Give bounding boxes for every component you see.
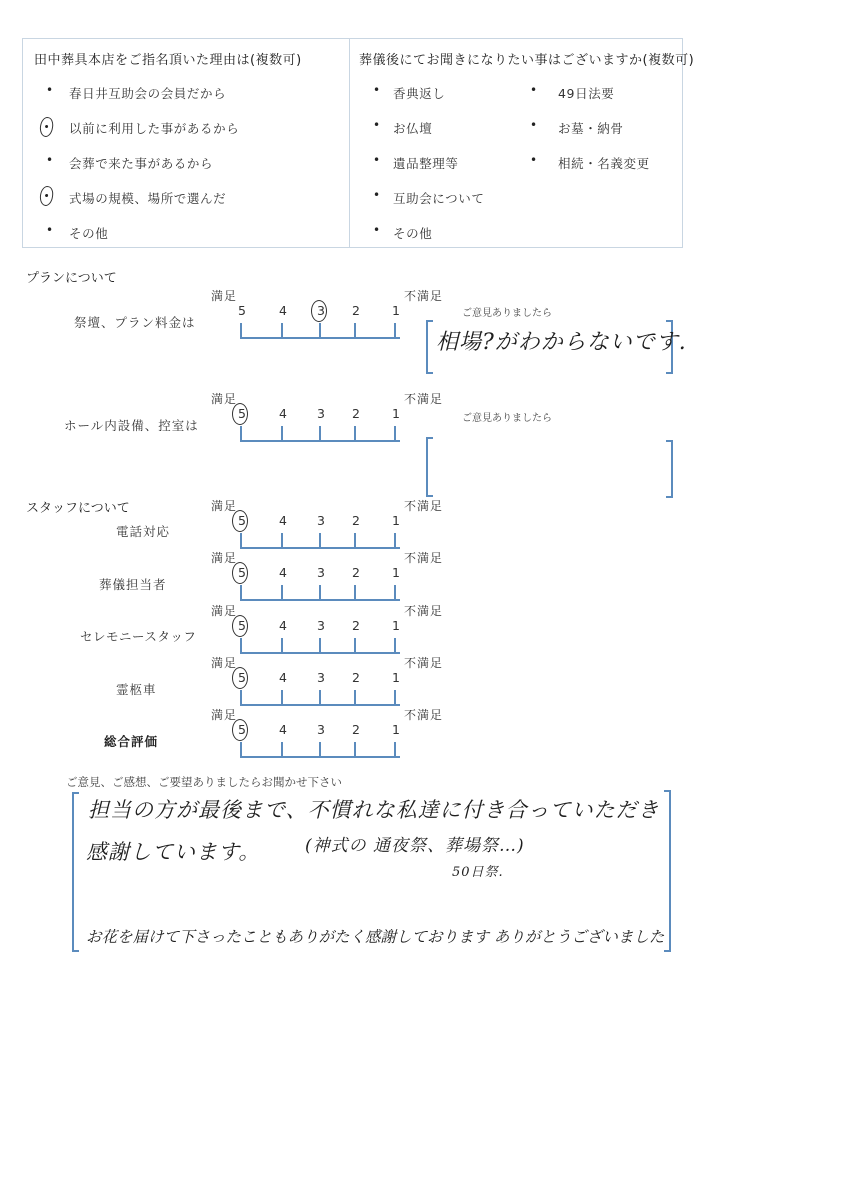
topic-option-49days[interactable]: 49日法要 xyxy=(558,84,614,102)
question-hall-facilities: ホール内設備、控室は xyxy=(64,416,199,434)
reasons-title: 田中葬具本店をご指名頂いた理由は(複数可) xyxy=(34,49,302,68)
comment-bracket-right xyxy=(666,440,673,498)
scale-number-3[interactable]: 3 xyxy=(314,618,328,633)
unsatisfied-label: 不満足 xyxy=(404,654,443,671)
selected-rating-circle xyxy=(232,615,248,637)
scale-number-1[interactable]: 1 xyxy=(389,406,403,421)
comment-hall-facilities[interactable] xyxy=(436,447,661,483)
scale-number-3[interactable]: 3 xyxy=(314,565,328,580)
scale-number-3[interactable]: 3 xyxy=(314,670,328,685)
scale-number-3[interactable]: 3 xyxy=(314,722,328,737)
topic-option-gojokai[interactable]: 互助会について xyxy=(393,189,484,207)
unsatisfied-label: 不満足 xyxy=(404,549,443,566)
topic-option-kouden[interactable]: 香典返し xyxy=(393,84,445,102)
scale-number-1[interactable]: 1 xyxy=(389,670,403,685)
staff-section-title: スタッフについて xyxy=(26,497,130,516)
free-comment-line-1[interactable]: 担当の方が最後まで、不慣れな私達に付き合っていただき xyxy=(88,794,660,824)
satisfied-label: 満足 xyxy=(211,497,237,514)
selected-rating-circle xyxy=(232,667,248,689)
scale-number-2[interactable]: 2 xyxy=(349,565,363,580)
scale-number-4[interactable]: 4 xyxy=(276,618,290,633)
topic-option-grave[interactable]: お墓・納骨 xyxy=(558,119,624,137)
rating-scale-hall-facilities[interactable]: 5 4 3 2 1 xyxy=(240,406,400,442)
after-funeral-title: 葬儀後にてお聞きになりたい事はございますか(複数可) xyxy=(359,49,694,68)
topic-option-butsudan[interactable]: お仏壇 xyxy=(393,119,432,137)
rating-scale-overall[interactable]: 5 4 3 2 1 xyxy=(240,722,400,758)
scale-number-3[interactable]: 3 xyxy=(314,406,328,421)
scale-number-1[interactable]: 1 xyxy=(389,303,403,318)
comment-hint: ご意見ありましたら xyxy=(462,409,552,424)
comment-altar-price[interactable]: 相場?がわからないです. xyxy=(436,325,687,356)
selected-rating-circle xyxy=(232,403,248,425)
scale-baseline xyxy=(240,547,400,549)
plan-section-title: プランについて xyxy=(26,267,117,286)
scale-number-2[interactable]: 2 xyxy=(349,406,363,421)
scale-number-4[interactable]: 4 xyxy=(276,513,290,528)
scale-baseline xyxy=(240,440,400,442)
comment-hint: ご意見ありましたら xyxy=(462,304,552,319)
scale-number-1[interactable]: 1 xyxy=(389,618,403,633)
column-divider xyxy=(349,39,350,247)
scale-baseline xyxy=(240,756,400,758)
topic-option-ihin[interactable]: 遺品整理等 xyxy=(393,154,459,172)
bullet-icon: • xyxy=(530,153,537,167)
scale-number-5[interactable]: 5 xyxy=(235,303,249,318)
bullet-icon: • xyxy=(46,223,53,237)
scale-number-1[interactable]: 1 xyxy=(389,722,403,737)
rating-scale-phone-response[interactable]: 5 4 3 2 1 xyxy=(240,513,400,549)
reason-option-4[interactable]: 式場の規模、場所で選んだ xyxy=(69,189,226,207)
satisfied-label: 満足 xyxy=(211,390,237,407)
reason-option-3[interactable]: 会葬で来た事があるから xyxy=(69,154,213,172)
scale-baseline xyxy=(240,599,400,601)
scale-number-2[interactable]: 2 xyxy=(349,513,363,528)
unsatisfied-label: 不満足 xyxy=(404,706,443,723)
bullet-icon: • xyxy=(373,83,380,97)
scale-number-4[interactable]: 4 xyxy=(276,303,290,318)
scale-number-2[interactable]: 2 xyxy=(349,618,363,633)
rating-scale-hearse[interactable]: 5 4 3 2 1 xyxy=(240,670,400,706)
bullet-icon: • xyxy=(373,188,380,202)
scale-number-4[interactable]: 4 xyxy=(276,565,290,580)
free-comment-line-3[interactable]: (神式の 通夜祭、葬場祭…) xyxy=(305,831,525,856)
bullet-icon: • xyxy=(530,118,537,132)
selected-rating-circle xyxy=(232,719,248,741)
free-comment-line-5[interactable]: お花を届けて下さったこともありがたく感謝しております ありがとうございました xyxy=(86,925,664,947)
scale-number-2[interactable]: 2 xyxy=(349,670,363,685)
topic-option-inheritance[interactable]: 相続・名義変更 xyxy=(558,154,650,172)
question-altar-price: 祭壇、プラン料金は xyxy=(74,313,196,331)
bullet-icon: • xyxy=(373,118,380,132)
satisfied-label: 満足 xyxy=(211,602,237,619)
bullet-icon: • xyxy=(46,153,53,167)
unsatisfied-label: 不満足 xyxy=(404,390,443,407)
bullet-icon: • xyxy=(530,83,537,97)
reason-option-5[interactable]: その他 xyxy=(69,224,108,242)
scale-baseline xyxy=(240,704,400,706)
question-phone-response: 電話対応 xyxy=(116,522,170,540)
unsatisfied-label: 不満足 xyxy=(404,497,443,514)
bullet-icon: • xyxy=(46,83,53,97)
free-comment-line-4[interactable]: 50日祭. xyxy=(452,861,504,880)
topic-option-other[interactable]: その他 xyxy=(393,224,432,242)
selected-rating-circle xyxy=(311,300,327,322)
selected-rating-circle xyxy=(232,510,248,532)
scale-number-1[interactable]: 1 xyxy=(389,565,403,580)
question-hearse: 霊柩車 xyxy=(116,680,157,698)
selected-rating-circle xyxy=(232,562,248,584)
unsatisfied-label: 不満足 xyxy=(404,287,443,304)
unsatisfied-label: 不満足 xyxy=(404,602,443,619)
scale-number-4[interactable]: 4 xyxy=(276,406,290,421)
scale-number-1[interactable]: 1 xyxy=(389,513,403,528)
rating-scale-altar-price[interactable]: 5 4 3 2 1 xyxy=(240,303,400,339)
scale-number-4[interactable]: 4 xyxy=(276,722,290,737)
rating-scale-ceremony-staff[interactable]: 5 4 3 2 1 xyxy=(240,618,400,654)
question-ceremony-staff: セレモニースタッフ xyxy=(80,627,196,645)
bullet-icon: • xyxy=(373,223,380,237)
scale-number-3[interactable]: 3 xyxy=(314,513,328,528)
scale-number-4[interactable]: 4 xyxy=(276,670,290,685)
scale-baseline xyxy=(240,652,400,654)
comment-bracket-left xyxy=(426,320,433,374)
scale-number-2[interactable]: 2 xyxy=(349,722,363,737)
satisfied-label: 満足 xyxy=(211,654,237,671)
scale-baseline xyxy=(240,337,400,339)
survey-top-box xyxy=(22,38,683,248)
scale-number-2[interactable]: 2 xyxy=(349,303,363,318)
free-comment-prompt: ご意見、ご感想、ご要望ありましたらお聞かせ下さい xyxy=(66,774,342,790)
reason-option-2[interactable]: 以前に利用した事があるから xyxy=(69,119,239,137)
satisfied-label: 満足 xyxy=(211,549,237,566)
comment-bracket-right xyxy=(664,790,671,952)
comment-bracket-left xyxy=(426,437,433,497)
comment-bracket-left xyxy=(72,792,79,952)
question-overall-rating: 総合評価 xyxy=(104,732,158,750)
satisfied-label: 満足 xyxy=(211,287,237,304)
free-comment-line-2[interactable]: 感謝しています。 xyxy=(86,836,260,866)
rating-scale-funeral-director[interactable]: 5 4 3 2 1 xyxy=(240,565,400,601)
reason-option-1[interactable]: 春日井互助会の会員だから xyxy=(69,84,226,102)
question-funeral-director: 葬儀担当者 xyxy=(99,575,167,593)
bullet-icon: • xyxy=(373,153,380,167)
satisfied-label: 満足 xyxy=(211,706,237,723)
